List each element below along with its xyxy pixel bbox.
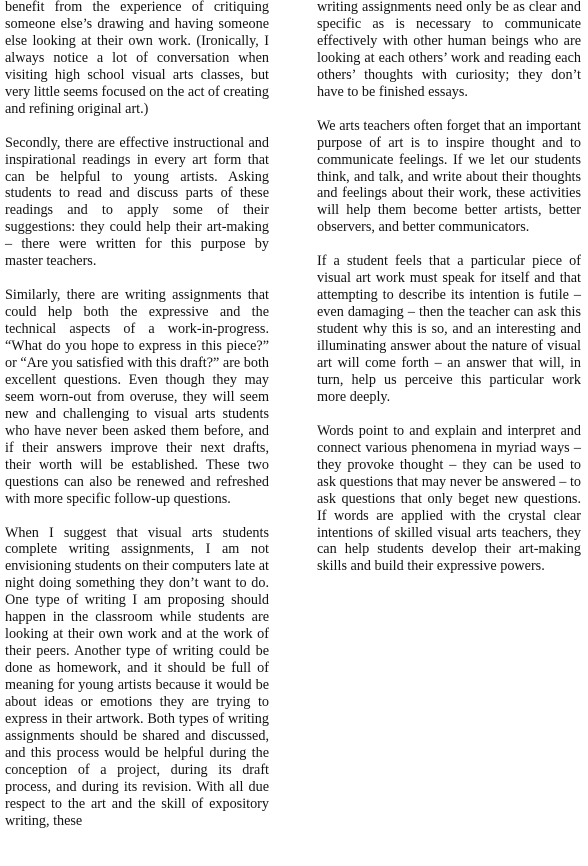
document-page: benefit from the experience of critiquin… [0,0,588,866]
paragraph: When I suggest that visual arts students… [5,525,269,830]
paragraph: writing assignments need only be as clea… [317,0,581,101]
paragraph: Words point to and explain and interpret… [317,423,581,576]
paragraph: benefit from the experience of critiquin… [5,0,269,118]
paragraph: We arts teachers often forget that an im… [317,118,581,237]
paragraph: Similarly, there are writing assignments… [5,287,269,507]
right-column: writing assignments need only be as clea… [317,0,581,592]
paragraph: Secondly, there are effective instructio… [5,135,269,271]
left-column: benefit from the experience of critiquin… [5,0,269,847]
paragraph: If a student feels that a particular pie… [317,253,581,406]
